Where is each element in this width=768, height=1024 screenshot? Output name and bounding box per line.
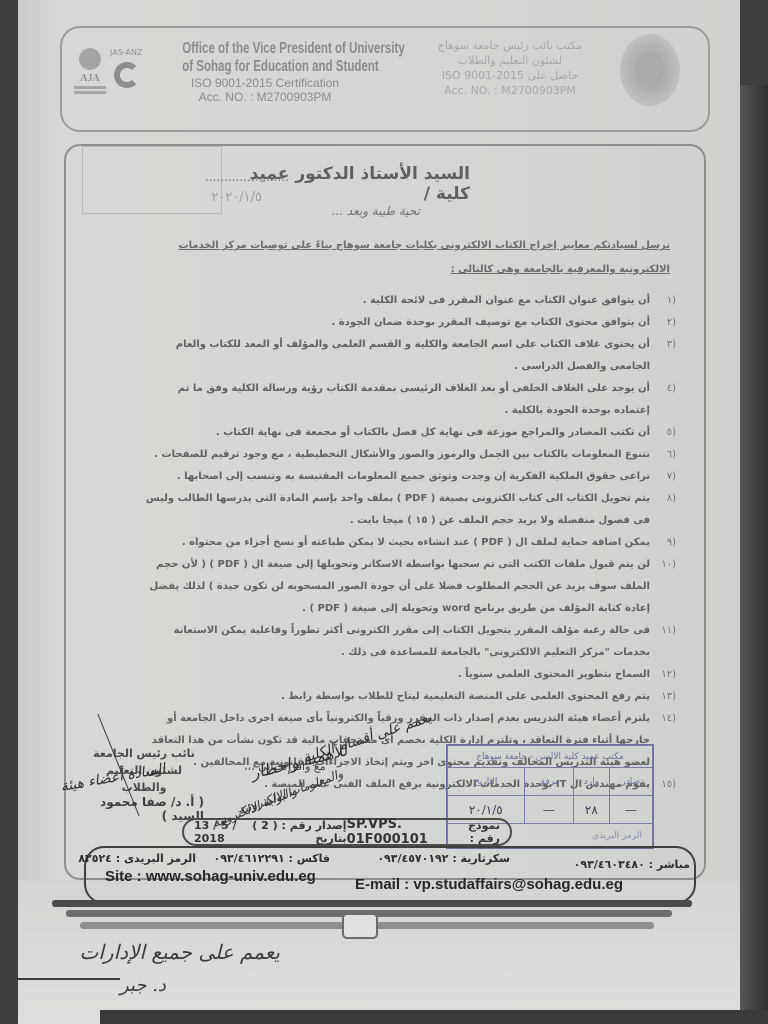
criteria-text: أن يتوافق عنوان الكتاب مع عنوان المقرر ف… — [140, 290, 650, 312]
issue-label: إصدار رقم : ( 2 ) بتاريخ — [251, 819, 347, 845]
criteria-text: أن يتوافق محتوى الكتاب مع توصيف المقرر ب… — [140, 312, 650, 334]
signature-underline — [15, 978, 120, 980]
criteria-item: ١٢)السماح بتطوير المحتوى العلمى سنوياً . — [140, 664, 686, 686]
criteria-number: ٣) — [650, 334, 686, 378]
office-title-line1: Office of the Vice President of Universi… — [182, 40, 348, 58]
form-number-pill: 13 / 5 / 2018 إصدار رقم : ( 2 ) بتاريخ S… — [182, 818, 512, 846]
criteria-text: فى حالة رغبة مؤلف المقرر بتحويل الكتاب إ… — [140, 620, 650, 664]
accreditation-number: Acc. NO. : M2700903PM — [150, 90, 380, 104]
criteria-item: ٣)أن يحتوى غلاف الكتاب على اسم الجامعة و… — [140, 334, 686, 378]
criteria-number: ٥) — [650, 422, 686, 444]
issue-date: 13 / 5 / 2018 — [194, 819, 251, 845]
stamp-title: مكتب عميد كلية الالسن - جامعة سوهاج — [448, 746, 653, 768]
criteria-text: يتم تحويل الكتاب الى كتاب الكترونى بصيغة… — [140, 488, 650, 532]
footer-bar-1 — [52, 900, 692, 907]
letterhead-english: Office of the Vice President of Universi… — [150, 40, 380, 104]
stamp-col-date: التاريخ — [448, 768, 525, 796]
criteria-text: السماح بتطوير المحتوى العلمى سنوياً . — [140, 664, 650, 686]
certification-logo-icon — [114, 62, 140, 88]
stamp-col-incoming: وارد — [574, 768, 610, 796]
criteria-item: ٥)أن تكتب المصادر والمراجع موزعة فى نهاي… — [140, 422, 686, 444]
salutation: السيد الأستاذ الدكتور عميد كلية / — [220, 164, 470, 204]
form-number-label: نموذج رقم : — [451, 819, 500, 845]
letterhead-arabic: مكتب نائب رئيس جامعة سوهاج لشئون التعليم… — [420, 38, 600, 98]
criteria-item: ١٠)لن يتم قبول ملفات الكتب التى تم سحبها… — [140, 554, 686, 620]
criteria-number: ٦) — [650, 444, 686, 466]
criteria-number: ١٣) — [650, 686, 686, 708]
criteria-number: ٤) — [650, 378, 686, 422]
criteria-number: ٧) — [650, 466, 686, 488]
university-crest-icon — [620, 34, 680, 106]
criteria-text: تراعى حقوق الملكية الفكرية إن وجدت وتوثق… — [140, 466, 650, 488]
stamp-col-outgoing: صادر — [609, 768, 652, 796]
footer-tab — [342, 913, 378, 939]
criteria-number: ٢) — [650, 312, 686, 334]
criteria-item: ٦)تتنوع المعلومات بالكتاب بين الجمل والر… — [140, 444, 686, 466]
iso-certification: ISO 9001-2015 Certification — [150, 76, 380, 90]
criteria-text: يمكن اضافة حماية لملف ال ( PDF ) عند انش… — [140, 532, 650, 554]
bottom-handwritten-note: يعمم على جميع الإدارات — [40, 940, 280, 964]
signer-name: ( أ. د/ صفا محمود السيد ) — [64, 795, 204, 823]
criteria-number: ١٠) — [650, 554, 686, 620]
intro-paragraph: نرسل لسيادتكم معايير إخراج الكتاب الالكت… — [150, 234, 670, 282]
criteria-item: ١)أن يتوافق عنوان الكتاب مع عنوان المقرر… — [140, 290, 686, 312]
stamp-incoming-value: ٢٨ — [574, 796, 610, 824]
fax-number: فاكس : ٠٩٣/٤٦١٢٢٩١ — [200, 852, 330, 865]
criteria-text: أن يحتوى غلاف الكتاب على اسم الجامعة وال… — [140, 334, 650, 378]
criteria-number: ١٥) — [650, 774, 686, 796]
criteria-item: ١٣)يتم رفع المحتوى العلمى على المنصة الت… — [140, 686, 686, 708]
criteria-number: ١٤) — [650, 708, 686, 774]
criteria-number: ٨) — [650, 488, 686, 532]
criteria-number: ١٢) — [650, 664, 686, 686]
criteria-text: أن يوجد على الغلاف الخلفى أو بعد الغلاف … — [140, 378, 650, 422]
criteria-item: ١١)فى حالة رغبة مؤلف المقرر بتحويل الكتا… — [140, 620, 686, 664]
stamp-col-attachment: مرفق — [524, 768, 574, 796]
background-surface-bottom — [100, 1010, 768, 1024]
stamp-outgoing-value: — — [609, 796, 652, 824]
criteria-item: ٩)يمكن اضافة حماية لملف ال ( PDF ) عند ا… — [140, 532, 686, 554]
criteria-number: ١) — [650, 290, 686, 312]
form-code: SP.VPS. 01F000101 — [347, 817, 451, 847]
criteria-text: أن تكتب المصادر والمراجع موزعة فى نهاية … — [140, 422, 650, 444]
accreditation-label: JAS-ANZ — [110, 48, 142, 57]
criteria-text: تتنوع المعلومات بالكتاب بين الجمل والرمو… — [140, 444, 650, 466]
aja-logo-icon: AJA — [74, 48, 106, 112]
criteria-text: لن يتم قبول ملفات الكتب التى تم سحبها بو… — [140, 554, 650, 620]
stamp-attachment-value: — — [524, 796, 574, 824]
criteria-number: ٩) — [650, 532, 686, 554]
criteria-item: ٤)أن يوجد على الغلاف الخلفى أو بعد الغلا… — [140, 378, 686, 422]
office-title-line2: of Sohag for Education and Student — [182, 58, 348, 76]
criteria-item: ٨)يتم تحويل الكتاب الى كتاب الكترونى بصي… — [140, 488, 686, 532]
website-link[interactable]: Site : www.sohag-univ.edu.eg — [105, 868, 316, 885]
greeting: تحية طيبة وبعد ... — [300, 204, 420, 218]
secretary-phone: سكرتارية : ٠٩٣/٤٥٧٠١٩٢ — [330, 852, 510, 865]
criteria-number: ١١) — [650, 620, 686, 664]
criteria-text: يتم رفع المحتوى العلمى على المنصة التعلي… — [140, 686, 650, 708]
criteria-item: ٢)أن يتوافق محتوى الكتاب مع توصيف المقرر… — [140, 312, 686, 334]
criteria-item: ٧)تراعى حقوق الملكية الفكرية إن وجدت وتو… — [140, 466, 686, 488]
email-link[interactable]: E-mail : vp.studaffairs@sohag.edu.eg — [355, 876, 623, 893]
bottom-signature: د. جبر — [120, 975, 166, 996]
postal-code: الرمز البريدى : ٨٢٥٢٤ — [86, 852, 196, 865]
direct-phone: مباشر : ٠٩٣/٤٦٠٣٤٨٠ — [600, 858, 690, 871]
